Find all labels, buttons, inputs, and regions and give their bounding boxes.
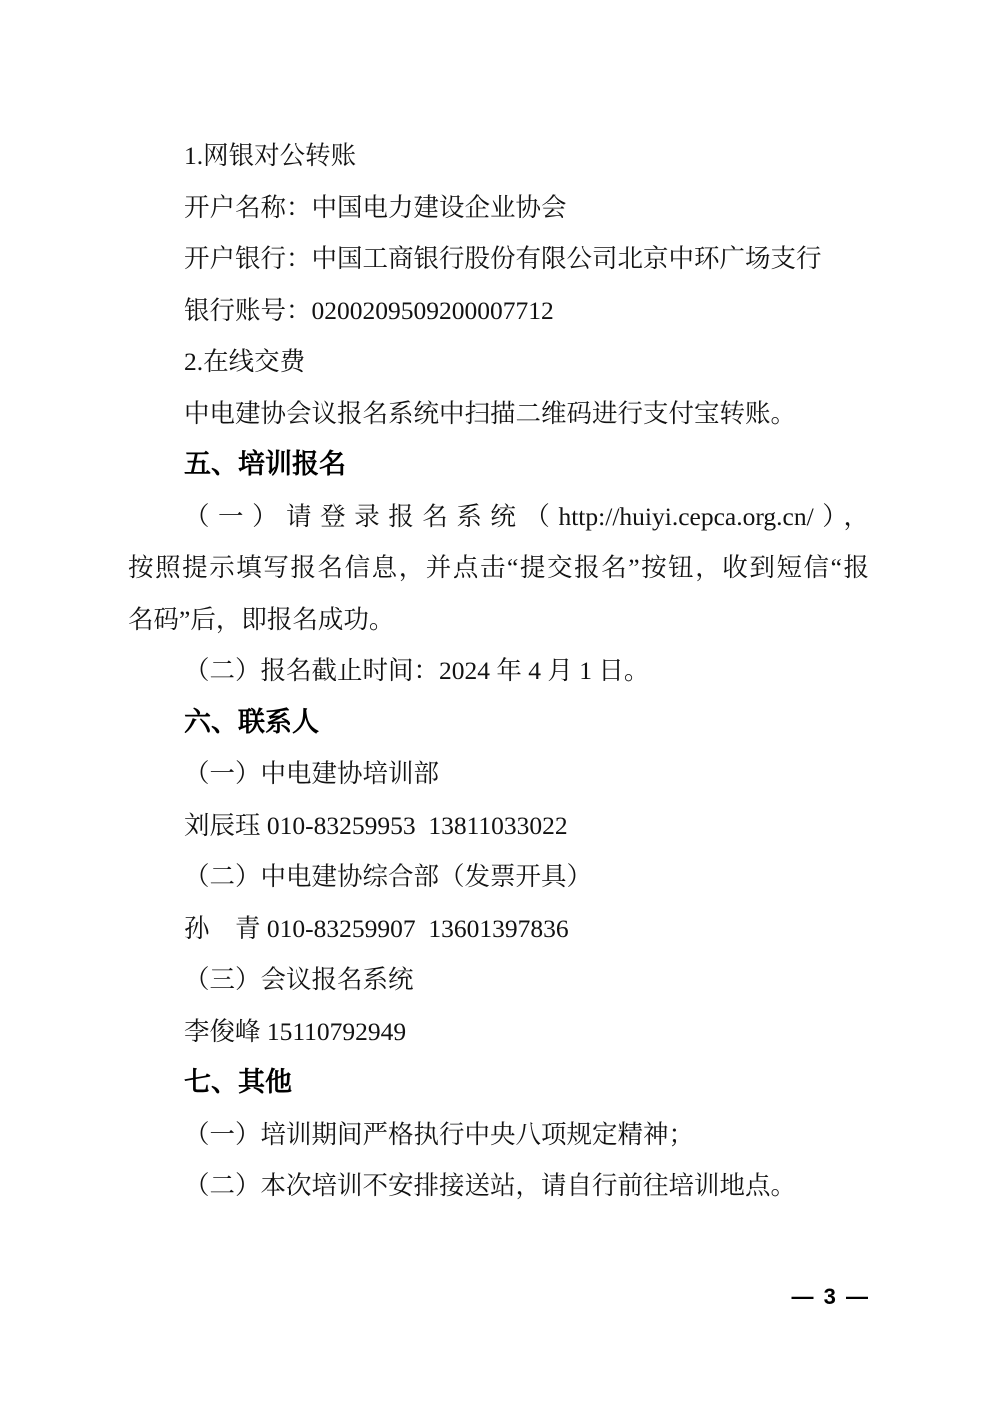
document-line: （一）培训期间严格执行中央八项规定精神； (128, 1109, 869, 1161)
document-line: 名码”后，即报名成功。 (128, 594, 869, 646)
document-line: 银行账号：0200209509200007712 (128, 285, 869, 337)
document-line: （三）会议报名系统 (128, 954, 869, 1006)
section-heading: 五、培训报名 (128, 439, 869, 491)
document-line: 李俊峰 15110792949 (128, 1006, 869, 1058)
document-line: （一）请登录报名系统（http://huiyi.cepca.org.cn/）， (128, 491, 869, 543)
page-number: — 3 — (792, 1280, 870, 1314)
section-heading: 七、其他 (128, 1057, 869, 1109)
document-line: 中电建协会议报名系统中扫描二维码进行支付宝转账。 (128, 388, 869, 440)
document-body: 1.网银对公转账开户名称：中国电力建设企业协会开户银行：中国工商银行股份有限公司… (128, 130, 869, 1212)
document-line: （二）中电建协综合部（发票开具） (128, 851, 869, 903)
document-line: 1.网银对公转账 (128, 130, 869, 182)
document-page: 1.网银对公转账开户名称：中国电力建设企业协会开户银行：中国工商银行股份有限公司… (0, 0, 992, 1403)
document-line: 按照提示填写报名信息，并点击“提交报名”按钮，收到短信“报 (128, 542, 869, 594)
document-line: （二）报名截止时间：2024 年 4 月 1 日。 (128, 645, 869, 697)
document-line: （一）中电建协培训部 (128, 748, 869, 800)
document-line: 2.在线交费 (128, 336, 869, 388)
document-line: 孙 青 010-83259907 13601397836 (128, 903, 869, 955)
document-line: 刘辰珏 010-83259953 13811033022 (128, 800, 869, 852)
section-heading: 六、联系人 (128, 697, 869, 749)
document-line: 开户银行：中国工商银行股份有限公司北京中环广场支行 (128, 233, 869, 285)
document-line: 开户名称：中国电力建设企业协会 (128, 182, 869, 234)
document-line: （二）本次培训不安排接送站，请自行前往培训地点。 (128, 1160, 869, 1212)
